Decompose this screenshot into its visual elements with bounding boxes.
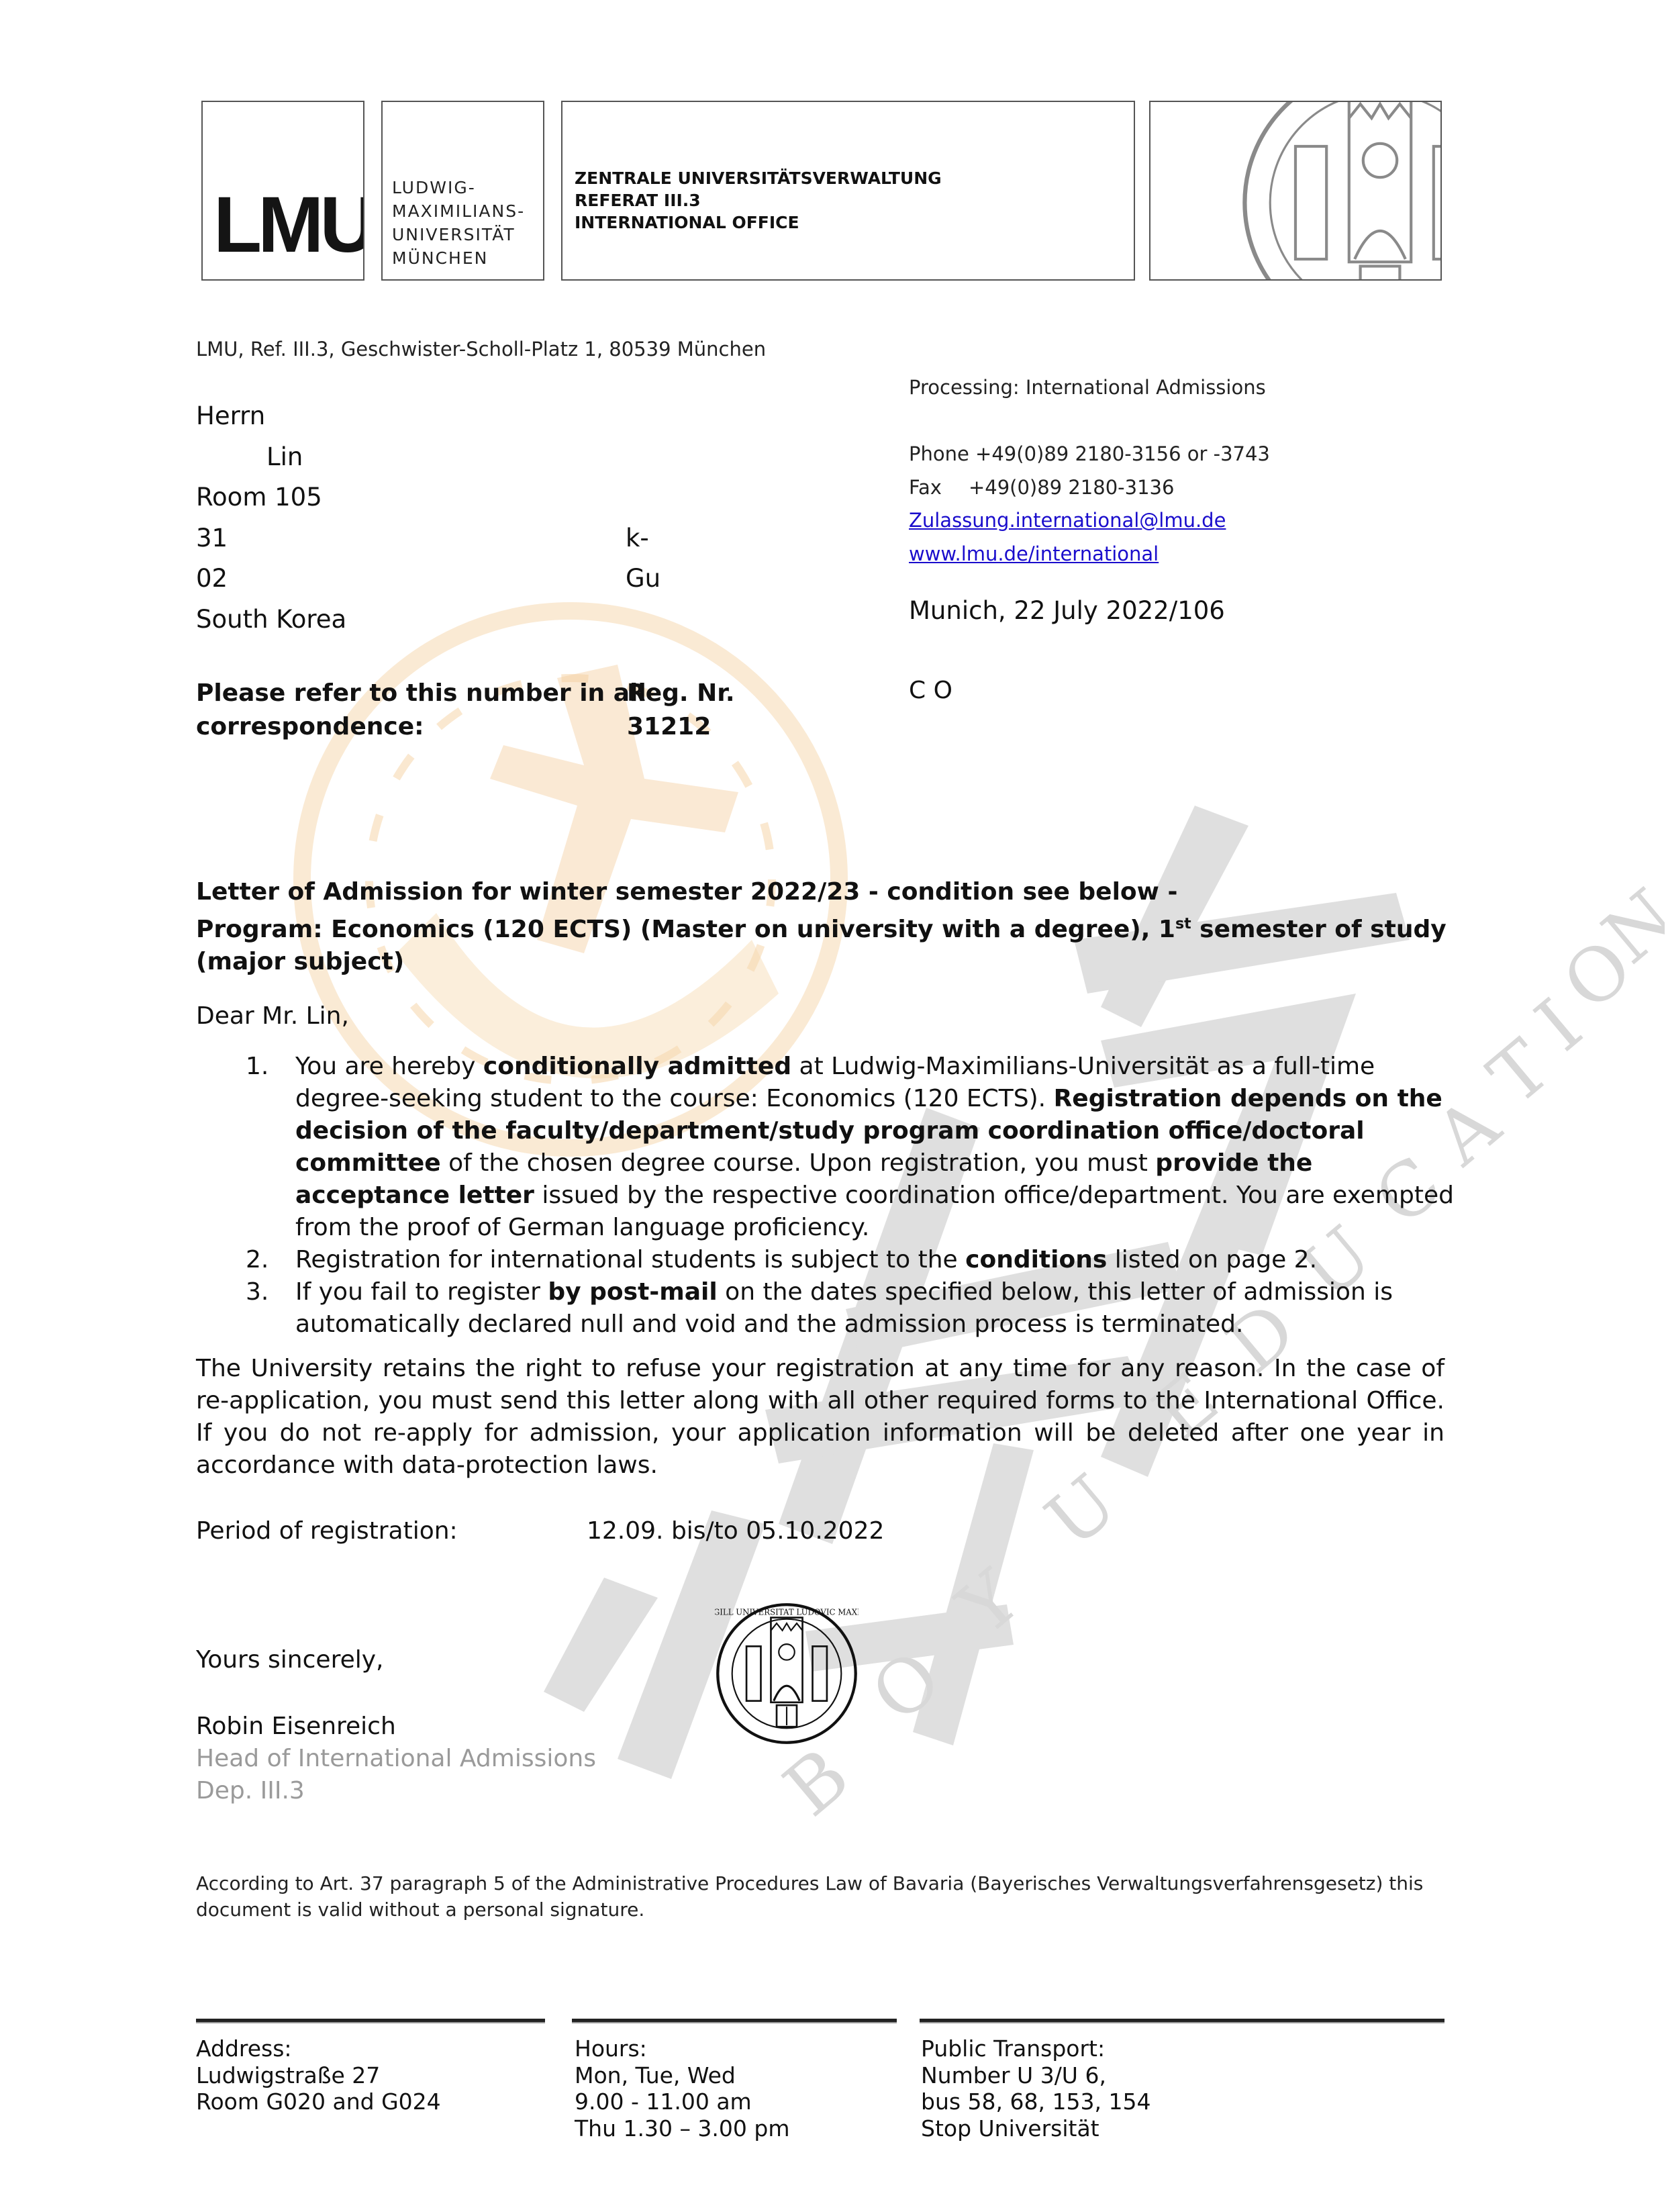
university-seal-icon <box>1239 101 1442 281</box>
signer-department: Dep. III.3 <box>196 1775 596 1807</box>
footer-hours: Hours: Mon, Tue, Wed 9.00 - 11.00 am Thu… <box>575 2035 790 2142</box>
university-name: LUDWIG- MAXIMILIANS- UNIVERSITÄT MÜNCHEN <box>392 176 525 270</box>
seal-box <box>1149 101 1442 281</box>
recipient-salutation: Herrn <box>196 396 346 437</box>
svg-text:I: I <box>1520 983 1598 1067</box>
svg-text:SIGILL UNIVERSITAT LUDOVIC MAX: SIGILL UNIVERSITAT LUDOVIC MAXIM <box>715 1607 859 1617</box>
svg-text:B: B <box>768 1732 865 1833</box>
reference-block: Please refer to this number in all corre… <box>196 677 646 744</box>
footer-rule-address <box>196 2019 545 2023</box>
recipient-street: 31 k-Gu <box>196 518 346 559</box>
condition-text: listed on page 2. <box>1107 1246 1317 1273</box>
email-link[interactable]: Zulassung.international@lmu.de <box>909 509 1226 532</box>
footer-rule-hours <box>572 2019 897 2023</box>
signer-name: Robin Eisenreich <box>196 1711 596 1743</box>
registration-number: Reg. Nr. 31212 <box>627 677 895 744</box>
fax-number: Fax+49(0)89 2180-3136 <box>909 471 1270 505</box>
signer-block: Robin Eisenreich Head of International A… <box>196 1711 596 1807</box>
footer-address: Address: Ludwigstraße 27 Room G020 and G… <box>196 2035 441 2115</box>
legal-notice: According to Art. 37 paragraph 5 of the … <box>196 1870 1458 1923</box>
condition-text: If you fail to register <box>295 1278 548 1306</box>
condition-emphasis: by post-mail <box>548 1278 717 1306</box>
office-box: ZENTRALE UNIVERSITÄTSVERWALTUNG REFERAT … <box>561 101 1135 281</box>
conditions-list: 1.You are hereby conditionally admitted … <box>196 1051 1458 1341</box>
recipient-country: South Korea <box>196 599 346 640</box>
condition-text: of the chosen degree course. Upon regist… <box>441 1149 1156 1177</box>
footer-rule-transport <box>920 2019 1444 2023</box>
condition-item: 3.If you fail to register by post-mail o… <box>196 1276 1458 1341</box>
condition-number: 2. <box>246 1244 268 1276</box>
lmu-logo-box: LMU <box>201 101 364 281</box>
letter-date: Munich, 22 July 2022/106 <box>909 596 1225 625</box>
greeting: Dear Mr. Lin, <box>196 1002 349 1030</box>
condition-item: 2.Registration for international student… <box>196 1244 1458 1276</box>
registration-period-value: 12.09. bis/to 05.10.2022 <box>587 1517 884 1545</box>
recipient-postcode: 02 <box>196 559 346 599</box>
recipient-name: Lin <box>196 437 346 478</box>
letter-subject: Letter of Admission for winter semester … <box>196 876 1458 978</box>
svg-text:O: O <box>1547 922 1648 1027</box>
reference-code: C O <box>909 677 952 704</box>
condition-item: 1.You are hereby conditionally admitted … <box>196 1051 1458 1244</box>
official-seal-stamp-icon: SIGILL UNIVERSITAT LUDOVIC MAXIM <box>715 1602 859 1745</box>
footer-transport: Public Transport: Number U 3/U 6, bus 58… <box>921 2035 1150 2142</box>
recipient-address: Herrn Lin Room 105 31 k-Gu 02 South Kore… <box>196 396 346 640</box>
retention-paragraph: The University retains the right to refu… <box>196 1353 1444 1482</box>
processing-label: Processing: International Admissions <box>909 371 1270 405</box>
closing: Yours sincerely, <box>196 1646 383 1674</box>
contact-info: Processing: International Admissions Pho… <box>909 371 1270 571</box>
svg-text:Y: Y <box>942 1553 1036 1652</box>
condition-number: 1. <box>246 1051 268 1083</box>
svg-text:T: T <box>1473 1024 1565 1121</box>
registration-period-label: Period of registration: <box>196 1517 458 1545</box>
office-name: ZENTRALE UNIVERSITÄTSVERWALTUNG REFERAT … <box>575 167 942 234</box>
condition-emphasis: conditionally admitted <box>483 1053 791 1080</box>
condition-number: 3. <box>246 1276 268 1308</box>
condition-text: You are hereby <box>295 1053 483 1080</box>
signer-title: Head of International Admissions <box>196 1743 596 1775</box>
condition-emphasis: conditions <box>965 1246 1107 1273</box>
phone-number: Phone +49(0)89 2180-3156 or -3743 <box>909 438 1270 471</box>
sender-address-line: LMU, Ref. III.3, Geschwister-Scholl-Plat… <box>196 338 766 360</box>
svg-text:N: N <box>1587 873 1665 980</box>
recipient-room: Room 105 <box>196 477 346 518</box>
condition-text: Registration for international students … <box>295 1246 965 1273</box>
website-link[interactable]: www.lmu.de/international <box>909 542 1159 565</box>
lmu-logo: LMU <box>213 185 364 265</box>
university-name-box: LUDWIG- MAXIMILIANS- UNIVERSITÄT MÜNCHEN <box>381 101 544 281</box>
svg-text:O: O <box>855 1634 957 1739</box>
